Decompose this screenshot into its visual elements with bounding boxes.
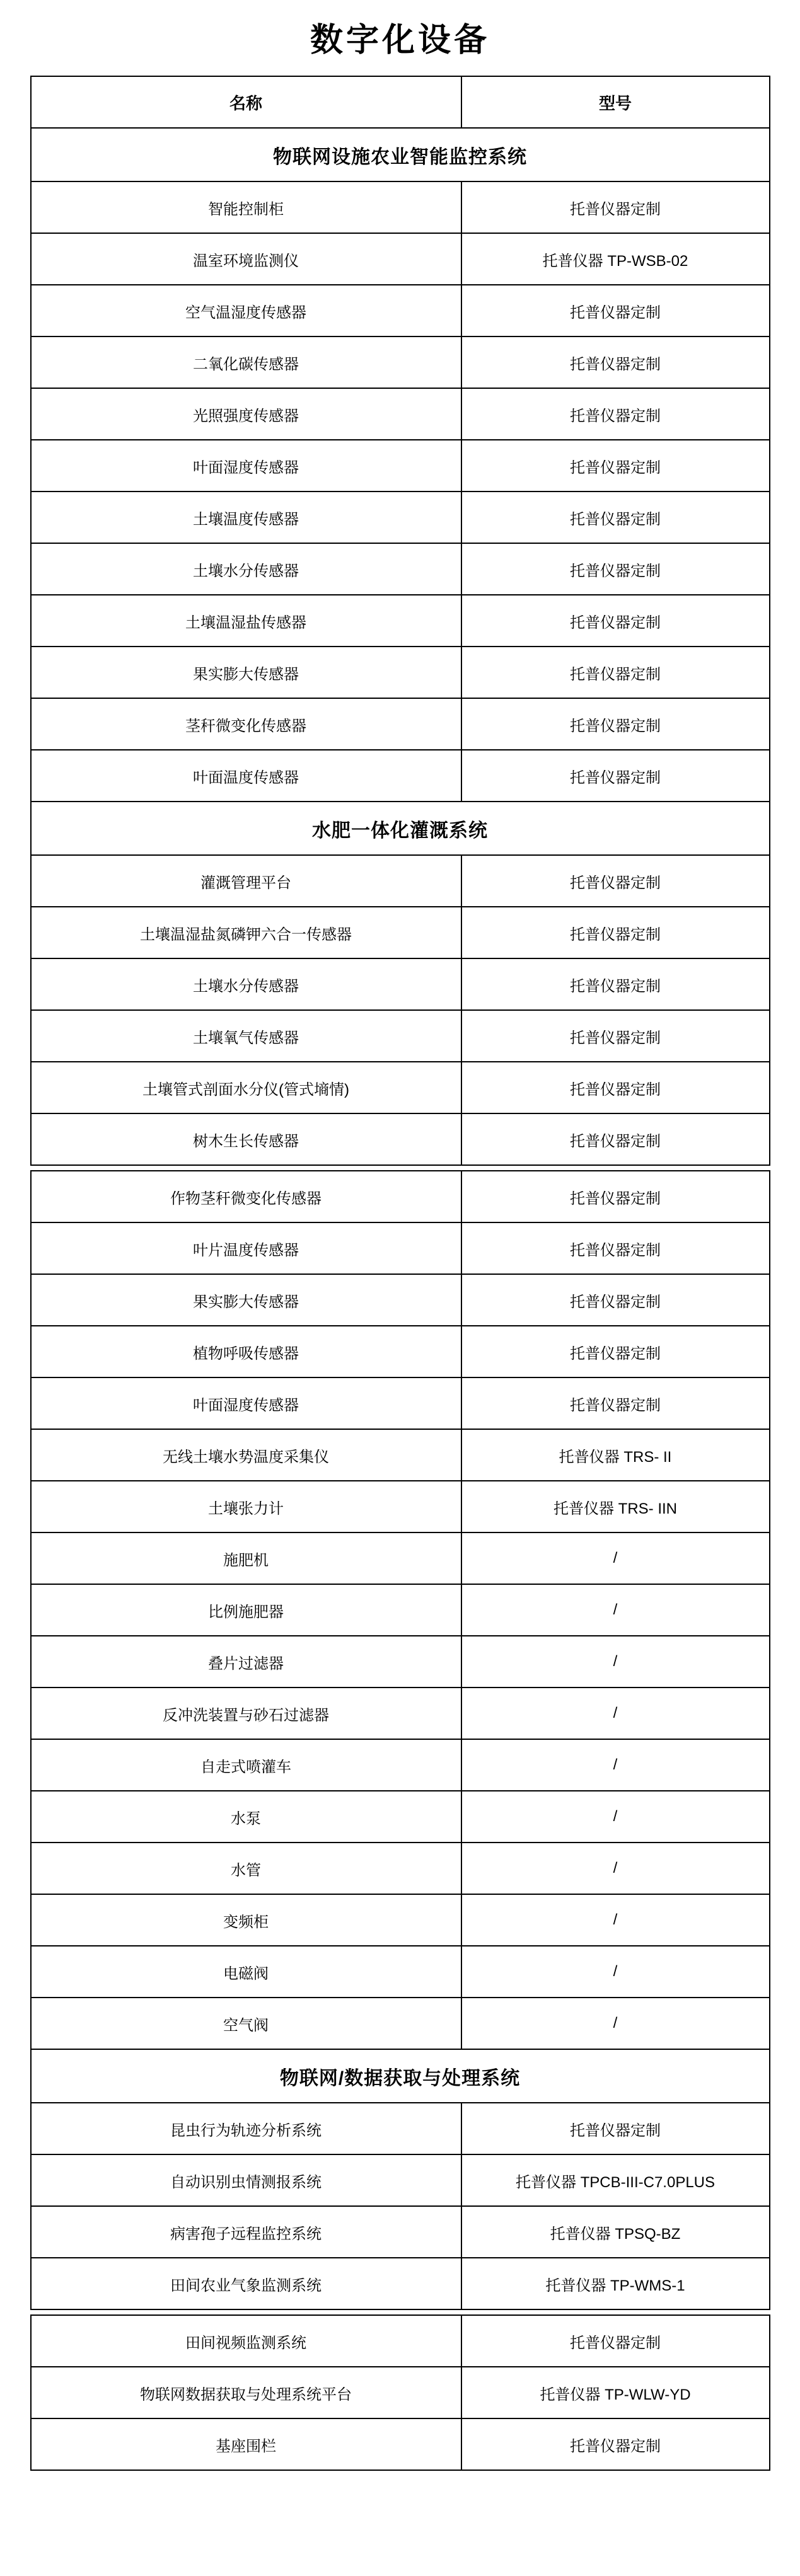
device-model-cell: 托普仪器定制 — [461, 336, 770, 388]
table-row: 水泵/ — [31, 1791, 770, 1843]
device-model-cell: 托普仪器定制 — [461, 855, 770, 907]
equipment-table-1: 名称 型号 物联网设施农业智能监控系统智能控制柜托普仪器定制温室环境监测仪托普仪… — [30, 76, 770, 1166]
device-name-cell: 土壤张力计 — [31, 1481, 461, 1532]
table-row: 叶面湿度传感器托普仪器定制 — [31, 1377, 770, 1429]
device-name-cell: 基座围栏 — [31, 2418, 461, 2470]
device-name-cell: 叠片过滤器 — [31, 1636, 461, 1688]
device-name-cell: 叶面湿度传感器 — [31, 1377, 461, 1429]
table-row: 二氧化碳传感器托普仪器定制 — [31, 336, 770, 388]
table-row: 土壤张力计托普仪器 TRS- IIN — [31, 1481, 770, 1532]
device-model-cell: / — [461, 1584, 770, 1636]
device-name-cell: 叶面温度传感器 — [31, 750, 461, 802]
device-model-cell: / — [461, 1998, 770, 2049]
device-model-cell: / — [461, 1688, 770, 1739]
device-name-cell: 水管 — [31, 1843, 461, 1894]
table-row: 叠片过滤器/ — [31, 1636, 770, 1688]
table-row: 土壤温湿盐传感器托普仪器定制 — [31, 595, 770, 647]
device-model-cell: 托普仪器定制 — [461, 2315, 770, 2367]
device-name-cell: 土壤温湿盐氮磷钾六合一传感器 — [31, 907, 461, 958]
page-title: 数字化设备 — [0, 0, 800, 59]
device-name-cell: 变频柜 — [31, 1894, 461, 1946]
section-header-row: 物联网/数据获取与处理系统 — [31, 2049, 770, 2103]
table-row: 空气温湿度传感器托普仪器定制 — [31, 285, 770, 336]
table-row: 土壤水分传感器托普仪器定制 — [31, 543, 770, 595]
device-model-cell: 托普仪器定制 — [461, 647, 770, 698]
device-model-cell: 托普仪器定制 — [461, 388, 770, 440]
table-row: 比例施肥器/ — [31, 1584, 770, 1636]
device-name-cell: 土壤水分传感器 — [31, 958, 461, 1010]
device-model-cell: 托普仪器定制 — [461, 1274, 770, 1326]
column-header-row: 名称 型号 — [31, 76, 770, 128]
section-title: 物联网设施农业智能监控系统 — [31, 128, 770, 181]
device-name-cell: 树木生长传感器 — [31, 1113, 461, 1165]
device-model-cell: / — [461, 1843, 770, 1894]
device-model-cell: 托普仪器定制 — [461, 181, 770, 233]
table-row: 土壤水分传感器托普仪器定制 — [31, 958, 770, 1010]
device-model-cell: 托普仪器定制 — [461, 1113, 770, 1165]
device-name-cell: 物联网数据获取与处理系统平台 — [31, 2367, 461, 2418]
table-row: 施肥机/ — [31, 1532, 770, 1584]
table-row: 田间视频监测系统托普仪器定制 — [31, 2315, 770, 2367]
device-name-cell: 果实膨大传感器 — [31, 1274, 461, 1326]
device-model-cell: 托普仪器 TRS- II — [461, 1429, 770, 1481]
section-title: 物联网/数据获取与处理系统 — [31, 2049, 770, 2103]
name-column-header: 名称 — [31, 76, 461, 128]
table-row: 灌溉管理平台托普仪器定制 — [31, 855, 770, 907]
table-row: 作物茎秆微变化传感器托普仪器定制 — [31, 1171, 770, 1222]
table-row: 田间农业气象监测系统托普仪器 TP-WMS-1 — [31, 2258, 770, 2309]
table-row: 无线土壤水势温度采集仪托普仪器 TRS- II — [31, 1429, 770, 1481]
device-model-cell: 托普仪器定制 — [461, 698, 770, 750]
table-row: 土壤温度传感器托普仪器定制 — [31, 492, 770, 543]
device-name-cell: 土壤管式剖面水分仪(管式墒情) — [31, 1062, 461, 1113]
device-name-cell: 反冲洗装置与砂石过滤器 — [31, 1688, 461, 1739]
table-row: 叶片温度传感器托普仪器定制 — [31, 1222, 770, 1274]
device-name-cell: 茎秆微变化传感器 — [31, 698, 461, 750]
device-name-cell: 植物呼吸传感器 — [31, 1326, 461, 1377]
device-model-cell: / — [461, 1894, 770, 1946]
device-model-cell: 托普仪器 TPCB-III-C7.0PLUS — [461, 2154, 770, 2206]
model-column-header: 型号 — [461, 76, 770, 128]
device-name-cell: 无线土壤水势温度采集仪 — [31, 1429, 461, 1481]
device-name-cell: 自走式喷灌车 — [31, 1739, 461, 1791]
table-row: 空气阀/ — [31, 1998, 770, 2049]
device-model-cell: 托普仪器 TP-WSB-02 — [461, 233, 770, 285]
table-row: 昆虫行为轨迹分析系统托普仪器定制 — [31, 2103, 770, 2154]
table-row: 反冲洗装置与砂石过滤器/ — [31, 1688, 770, 1739]
device-model-cell: 托普仪器定制 — [461, 1222, 770, 1274]
device-name-cell: 水泵 — [31, 1791, 461, 1843]
section-title: 水肥一体化灌溉系统 — [31, 802, 770, 855]
device-model-cell: / — [461, 1739, 770, 1791]
device-model-cell: 托普仪器定制 — [461, 1377, 770, 1429]
device-model-cell: 托普仪器定制 — [461, 1326, 770, 1377]
equipment-table-2: 作物茎秆微变化传感器托普仪器定制叶片温度传感器托普仪器定制果实膨大传感器托普仪器… — [30, 1170, 770, 2310]
device-model-cell: 托普仪器定制 — [461, 2103, 770, 2154]
device-name-cell: 空气阀 — [31, 1998, 461, 2049]
device-name-cell: 温室环境监测仪 — [31, 233, 461, 285]
device-model-cell: 托普仪器定制 — [461, 2418, 770, 2470]
device-model-cell: 托普仪器 TRS- IIN — [461, 1481, 770, 1532]
table-row: 植物呼吸传感器托普仪器定制 — [31, 1326, 770, 1377]
table-row: 病害孢子远程监控系统托普仪器 TPSQ-BZ — [31, 2206, 770, 2258]
table-row: 叶面湿度传感器托普仪器定制 — [31, 440, 770, 492]
device-name-cell: 叶片温度传感器 — [31, 1222, 461, 1274]
device-model-cell: 托普仪器定制 — [461, 958, 770, 1010]
table-row: 变频柜/ — [31, 1894, 770, 1946]
section-header-row: 物联网设施农业智能监控系统 — [31, 128, 770, 181]
equipment-table-3: 田间视频监测系统托普仪器定制物联网数据获取与处理系统平台托普仪器 TP-WLW-… — [30, 2314, 770, 2471]
device-model-cell: / — [461, 1532, 770, 1584]
device-name-cell: 土壤温湿盐传感器 — [31, 595, 461, 647]
device-name-cell: 昆虫行为轨迹分析系统 — [31, 2103, 461, 2154]
table-row: 光照强度传感器托普仪器定制 — [31, 388, 770, 440]
device-model-cell: 托普仪器 TP-WLW-YD — [461, 2367, 770, 2418]
table-row: 土壤温湿盐氮磷钾六合一传感器托普仪器定制 — [31, 907, 770, 958]
device-model-cell: / — [461, 1636, 770, 1688]
table-row: 电磁阀/ — [31, 1946, 770, 1998]
device-name-cell: 自动识别虫情测报系统 — [31, 2154, 461, 2206]
table-row: 果实膨大传感器托普仪器定制 — [31, 1274, 770, 1326]
device-name-cell: 叶面湿度传感器 — [31, 440, 461, 492]
table-row: 树木生长传感器托普仪器定制 — [31, 1113, 770, 1165]
table-row: 土壤氧气传感器托普仪器定制 — [31, 1010, 770, 1062]
section-header-row: 水肥一体化灌溉系统 — [31, 802, 770, 855]
device-model-cell: 托普仪器定制 — [461, 285, 770, 336]
device-name-cell: 果实膨大传感器 — [31, 647, 461, 698]
device-model-cell: / — [461, 1791, 770, 1843]
device-name-cell: 智能控制柜 — [31, 181, 461, 233]
device-model-cell: 托普仪器定制 — [461, 543, 770, 595]
table-row: 自走式喷灌车/ — [31, 1739, 770, 1791]
table-row: 物联网数据获取与处理系统平台托普仪器 TP-WLW-YD — [31, 2367, 770, 2418]
device-model-cell: / — [461, 1946, 770, 1998]
device-name-cell: 施肥机 — [31, 1532, 461, 1584]
device-name-cell: 土壤氧气传感器 — [31, 1010, 461, 1062]
device-name-cell: 田间农业气象监测系统 — [31, 2258, 461, 2309]
device-name-cell: 二氧化碳传感器 — [31, 336, 461, 388]
table-row: 叶面温度传感器托普仪器定制 — [31, 750, 770, 802]
device-name-cell: 比例施肥器 — [31, 1584, 461, 1636]
device-name-cell: 土壤温度传感器 — [31, 492, 461, 543]
table-row: 果实膨大传感器托普仪器定制 — [31, 647, 770, 698]
device-name-cell: 作物茎秆微变化传感器 — [31, 1171, 461, 1222]
device-model-cell: 托普仪器定制 — [461, 440, 770, 492]
table-row: 智能控制柜托普仪器定制 — [31, 181, 770, 233]
device-name-cell: 病害孢子远程监控系统 — [31, 2206, 461, 2258]
table-row: 土壤管式剖面水分仪(管式墒情)托普仪器定制 — [31, 1062, 770, 1113]
device-name-cell: 电磁阀 — [31, 1946, 461, 1998]
table-row: 基座围栏托普仪器定制 — [31, 2418, 770, 2470]
device-model-cell: 托普仪器定制 — [461, 1171, 770, 1222]
device-model-cell: 托普仪器定制 — [461, 1010, 770, 1062]
device-name-cell: 光照强度传感器 — [31, 388, 461, 440]
device-name-cell: 灌溉管理平台 — [31, 855, 461, 907]
device-name-cell: 土壤水分传感器 — [31, 543, 461, 595]
device-model-cell: 托普仪器 TPSQ-BZ — [461, 2206, 770, 2258]
table-row: 水管/ — [31, 1843, 770, 1894]
table-row: 温室环境监测仪托普仪器 TP-WSB-02 — [31, 233, 770, 285]
device-model-cell: 托普仪器定制 — [461, 750, 770, 802]
device-model-cell: 托普仪器定制 — [461, 1062, 770, 1113]
device-name-cell: 田间视频监测系统 — [31, 2315, 461, 2367]
device-model-cell: 托普仪器定制 — [461, 492, 770, 543]
table-row: 茎秆微变化传感器托普仪器定制 — [31, 698, 770, 750]
device-model-cell: 托普仪器定制 — [461, 907, 770, 958]
table-row: 自动识别虫情测报系统托普仪器 TPCB-III-C7.0PLUS — [31, 2154, 770, 2206]
device-model-cell: 托普仪器 TP-WMS-1 — [461, 2258, 770, 2309]
device-model-cell: 托普仪器定制 — [461, 595, 770, 647]
device-name-cell: 空气温湿度传感器 — [31, 285, 461, 336]
